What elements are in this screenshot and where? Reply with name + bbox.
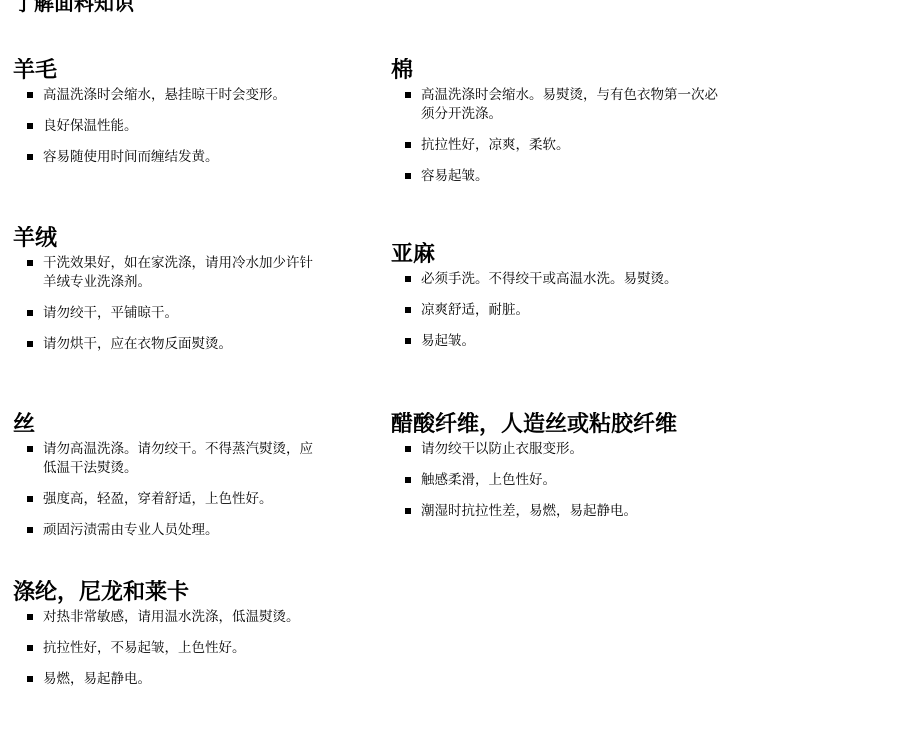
list-item: 容易起皱。	[391, 167, 726, 186]
list-item-text: 容易随使用时间而缠结发黄。	[43, 148, 343, 167]
list-item: 高温洗涤时会缩水，悬挂晾干时会变形。	[13, 86, 343, 105]
list-item: 抗拉性好，凉爽，柔软。	[391, 136, 726, 155]
square-bullet-icon	[27, 527, 33, 533]
square-bullet-icon	[405, 338, 411, 344]
list-item: 请勿烘干，应在衣物反面熨烫。	[13, 335, 329, 354]
list-item-text: 良好保温性能。	[43, 117, 343, 136]
section-cotton: 棉 高温洗涤时会缩水。易熨烫，与有色衣物第一次必须分开洗涤。 抗拉性好，凉爽，柔…	[391, 58, 736, 198]
list-item: 请勿绞干，平铺晾干。	[13, 304, 329, 323]
list-item-text: 触感柔滑，上色性好。	[421, 471, 751, 490]
list-item: 干洗效果好，如在家洗涤，请用冷水加少许针 羊绒专业洗涤剂。	[13, 254, 329, 292]
square-bullet-icon	[27, 123, 33, 129]
square-bullet-icon	[405, 446, 411, 452]
square-bullet-icon	[27, 341, 33, 347]
section-polyester: 涤纶，尼龙和莱卡 对热非常敏感，请用温水洗涤，低温熨烫。 抗拉性好，不易起皱，上…	[13, 580, 373, 701]
section-linen: 亚麻 必须手洗。不得绞干或高温水洗。易熨烫。 凉爽舒适，耐脏。 易起皱。	[391, 242, 736, 363]
page-title: 了解面料知识	[14, 0, 134, 15]
bullet-list-wool: 高温洗涤时会缩水，悬挂晾干时会变形。 良好保温性能。 容易随使用时间而缠结发黄。	[13, 86, 343, 167]
square-bullet-icon	[405, 173, 411, 179]
square-bullet-icon	[27, 614, 33, 620]
list-item-text: 抗拉性好，不易起皱，上色性好。	[43, 639, 373, 658]
list-item: 凉爽舒适，耐脏。	[391, 301, 736, 320]
list-item-text-continued: 羊绒专业洗涤剂。	[43, 273, 329, 292]
list-item: 顽固污渍需由专业人员处理。	[13, 521, 315, 540]
square-bullet-icon	[27, 92, 33, 98]
section-silk: 丝 请勿高温洗涤。请勿绞干。不得蒸汽熨烫，应低温干法熨烫。 强度高，轻盈，穿着舒…	[13, 412, 343, 552]
list-item-text: 潮湿时抗拉性差，易燃，易起静电。	[421, 502, 751, 521]
square-bullet-icon	[405, 142, 411, 148]
list-item-text: 请勿绞干，平铺晾干。	[43, 304, 329, 323]
list-item-text: 必须手洗。不得绞干或高温水洗。易熨烫。	[421, 270, 736, 289]
square-bullet-icon	[405, 307, 411, 313]
list-item: 必须手洗。不得绞干或高温水洗。易熨烫。	[391, 270, 736, 289]
list-item: 强度高，轻盈，穿着舒适，上色性好。	[13, 490, 315, 509]
list-item-text: 易燃，易起静电。	[43, 670, 373, 689]
bullet-list-cotton: 高温洗涤时会缩水。易熨烫，与有色衣物第一次必须分开洗涤。 抗拉性好，凉爽，柔软。…	[391, 86, 736, 186]
bullet-list-silk: 请勿高温洗涤。请勿绞干。不得蒸汽熨烫，应低温干法熨烫。 强度高，轻盈，穿着舒适，…	[13, 440, 343, 540]
list-item: 潮湿时抗拉性差，易燃，易起静电。	[391, 502, 751, 521]
bullet-list-cashmere: 干洗效果好，如在家洗涤，请用冷水加少许针 羊绒专业洗涤剂。 请勿绞干，平铺晾干。…	[13, 254, 329, 354]
list-item-text: 容易起皱。	[421, 167, 726, 186]
list-item: 对热非常敏感，请用温水洗涤，低温熨烫。	[13, 608, 373, 627]
list-item: 触感柔滑，上色性好。	[391, 471, 751, 490]
section-acetate: 醋酸纤维，人造丝或粘胶纤维 请勿绞干以防止衣服变形。 触感柔滑，上色性好。 潮湿…	[391, 412, 751, 533]
list-item-text: 高温洗涤时会缩水，悬挂晾干时会变形。	[43, 86, 343, 105]
square-bullet-icon	[27, 645, 33, 651]
list-item: 容易随使用时间而缠结发黄。	[13, 148, 343, 167]
square-bullet-icon	[27, 154, 33, 160]
list-item-text: 请勿烘干，应在衣物反面熨烫。	[43, 335, 329, 354]
square-bullet-icon	[27, 676, 33, 682]
list-item-text: 干洗效果好，如在家洗涤，请用冷水加少许针	[43, 254, 329, 273]
section-heading-silk: 丝	[13, 412, 343, 438]
square-bullet-icon	[405, 508, 411, 514]
list-item: 请勿高温洗涤。请勿绞干。不得蒸汽熨烫，应低温干法熨烫。	[13, 440, 315, 478]
list-item: 易起皱。	[391, 332, 736, 351]
square-bullet-icon	[405, 477, 411, 483]
section-heading-acetate: 醋酸纤维，人造丝或粘胶纤维	[391, 412, 751, 438]
section-heading-linen: 亚麻	[391, 242, 736, 268]
square-bullet-icon	[27, 496, 33, 502]
list-item-text: 凉爽舒适，耐脏。	[421, 301, 736, 320]
list-item: 良好保温性能。	[13, 117, 343, 136]
list-item-text: 易起皱。	[421, 332, 736, 351]
bullet-list-acetate: 请勿绞干以防止衣服变形。 触感柔滑，上色性好。 潮湿时抗拉性差，易燃，易起静电。	[391, 440, 751, 521]
section-heading-wool: 羊毛	[13, 58, 343, 84]
section-wool: 羊毛 高温洗涤时会缩水，悬挂晾干时会变形。 良好保温性能。 容易随使用时间而缠结…	[13, 58, 343, 179]
section-heading-cashmere: 羊绒	[13, 226, 329, 252]
section-heading-polyester: 涤纶，尼龙和莱卡	[13, 580, 373, 606]
list-item: 易燃，易起静电。	[13, 670, 373, 689]
list-item-text: 抗拉性好，凉爽，柔软。	[421, 136, 726, 155]
list-item: 请勿绞干以防止衣服变形。	[391, 440, 751, 459]
square-bullet-icon	[27, 446, 33, 452]
list-item: 抗拉性好，不易起皱，上色性好。	[13, 639, 373, 658]
list-item-text: 请勿高温洗涤。请勿绞干。不得蒸汽熨烫，应低温干法熨烫。	[43, 440, 315, 478]
bullet-list-linen: 必须手洗。不得绞干或高温水洗。易熨烫。 凉爽舒适，耐脏。 易起皱。	[391, 270, 736, 351]
section-cashmere: 羊绒 干洗效果好，如在家洗涤，请用冷水加少许针 羊绒专业洗涤剂。 请勿绞干，平铺…	[13, 226, 329, 366]
square-bullet-icon	[405, 92, 411, 98]
list-item-text: 顽固污渍需由专业人员处理。	[43, 521, 315, 540]
list-item-text: 对热非常敏感，请用温水洗涤，低温熨烫。	[43, 608, 373, 627]
list-item-text: 高温洗涤时会缩水。易熨烫，与有色衣物第一次必须分开洗涤。	[421, 86, 726, 124]
square-bullet-icon	[27, 260, 33, 266]
square-bullet-icon	[405, 276, 411, 282]
section-heading-cotton: 棉	[391, 58, 736, 84]
list-item: 高温洗涤时会缩水。易熨烫，与有色衣物第一次必须分开洗涤。	[391, 86, 726, 124]
list-item-text: 强度高，轻盈，穿着舒适，上色性好。	[43, 490, 315, 509]
bullet-list-polyester: 对热非常敏感，请用温水洗涤，低温熨烫。 抗拉性好，不易起皱，上色性好。 易燃，易…	[13, 608, 373, 689]
square-bullet-icon	[27, 310, 33, 316]
list-item-text: 请勿绞干以防止衣服变形。	[421, 440, 751, 459]
